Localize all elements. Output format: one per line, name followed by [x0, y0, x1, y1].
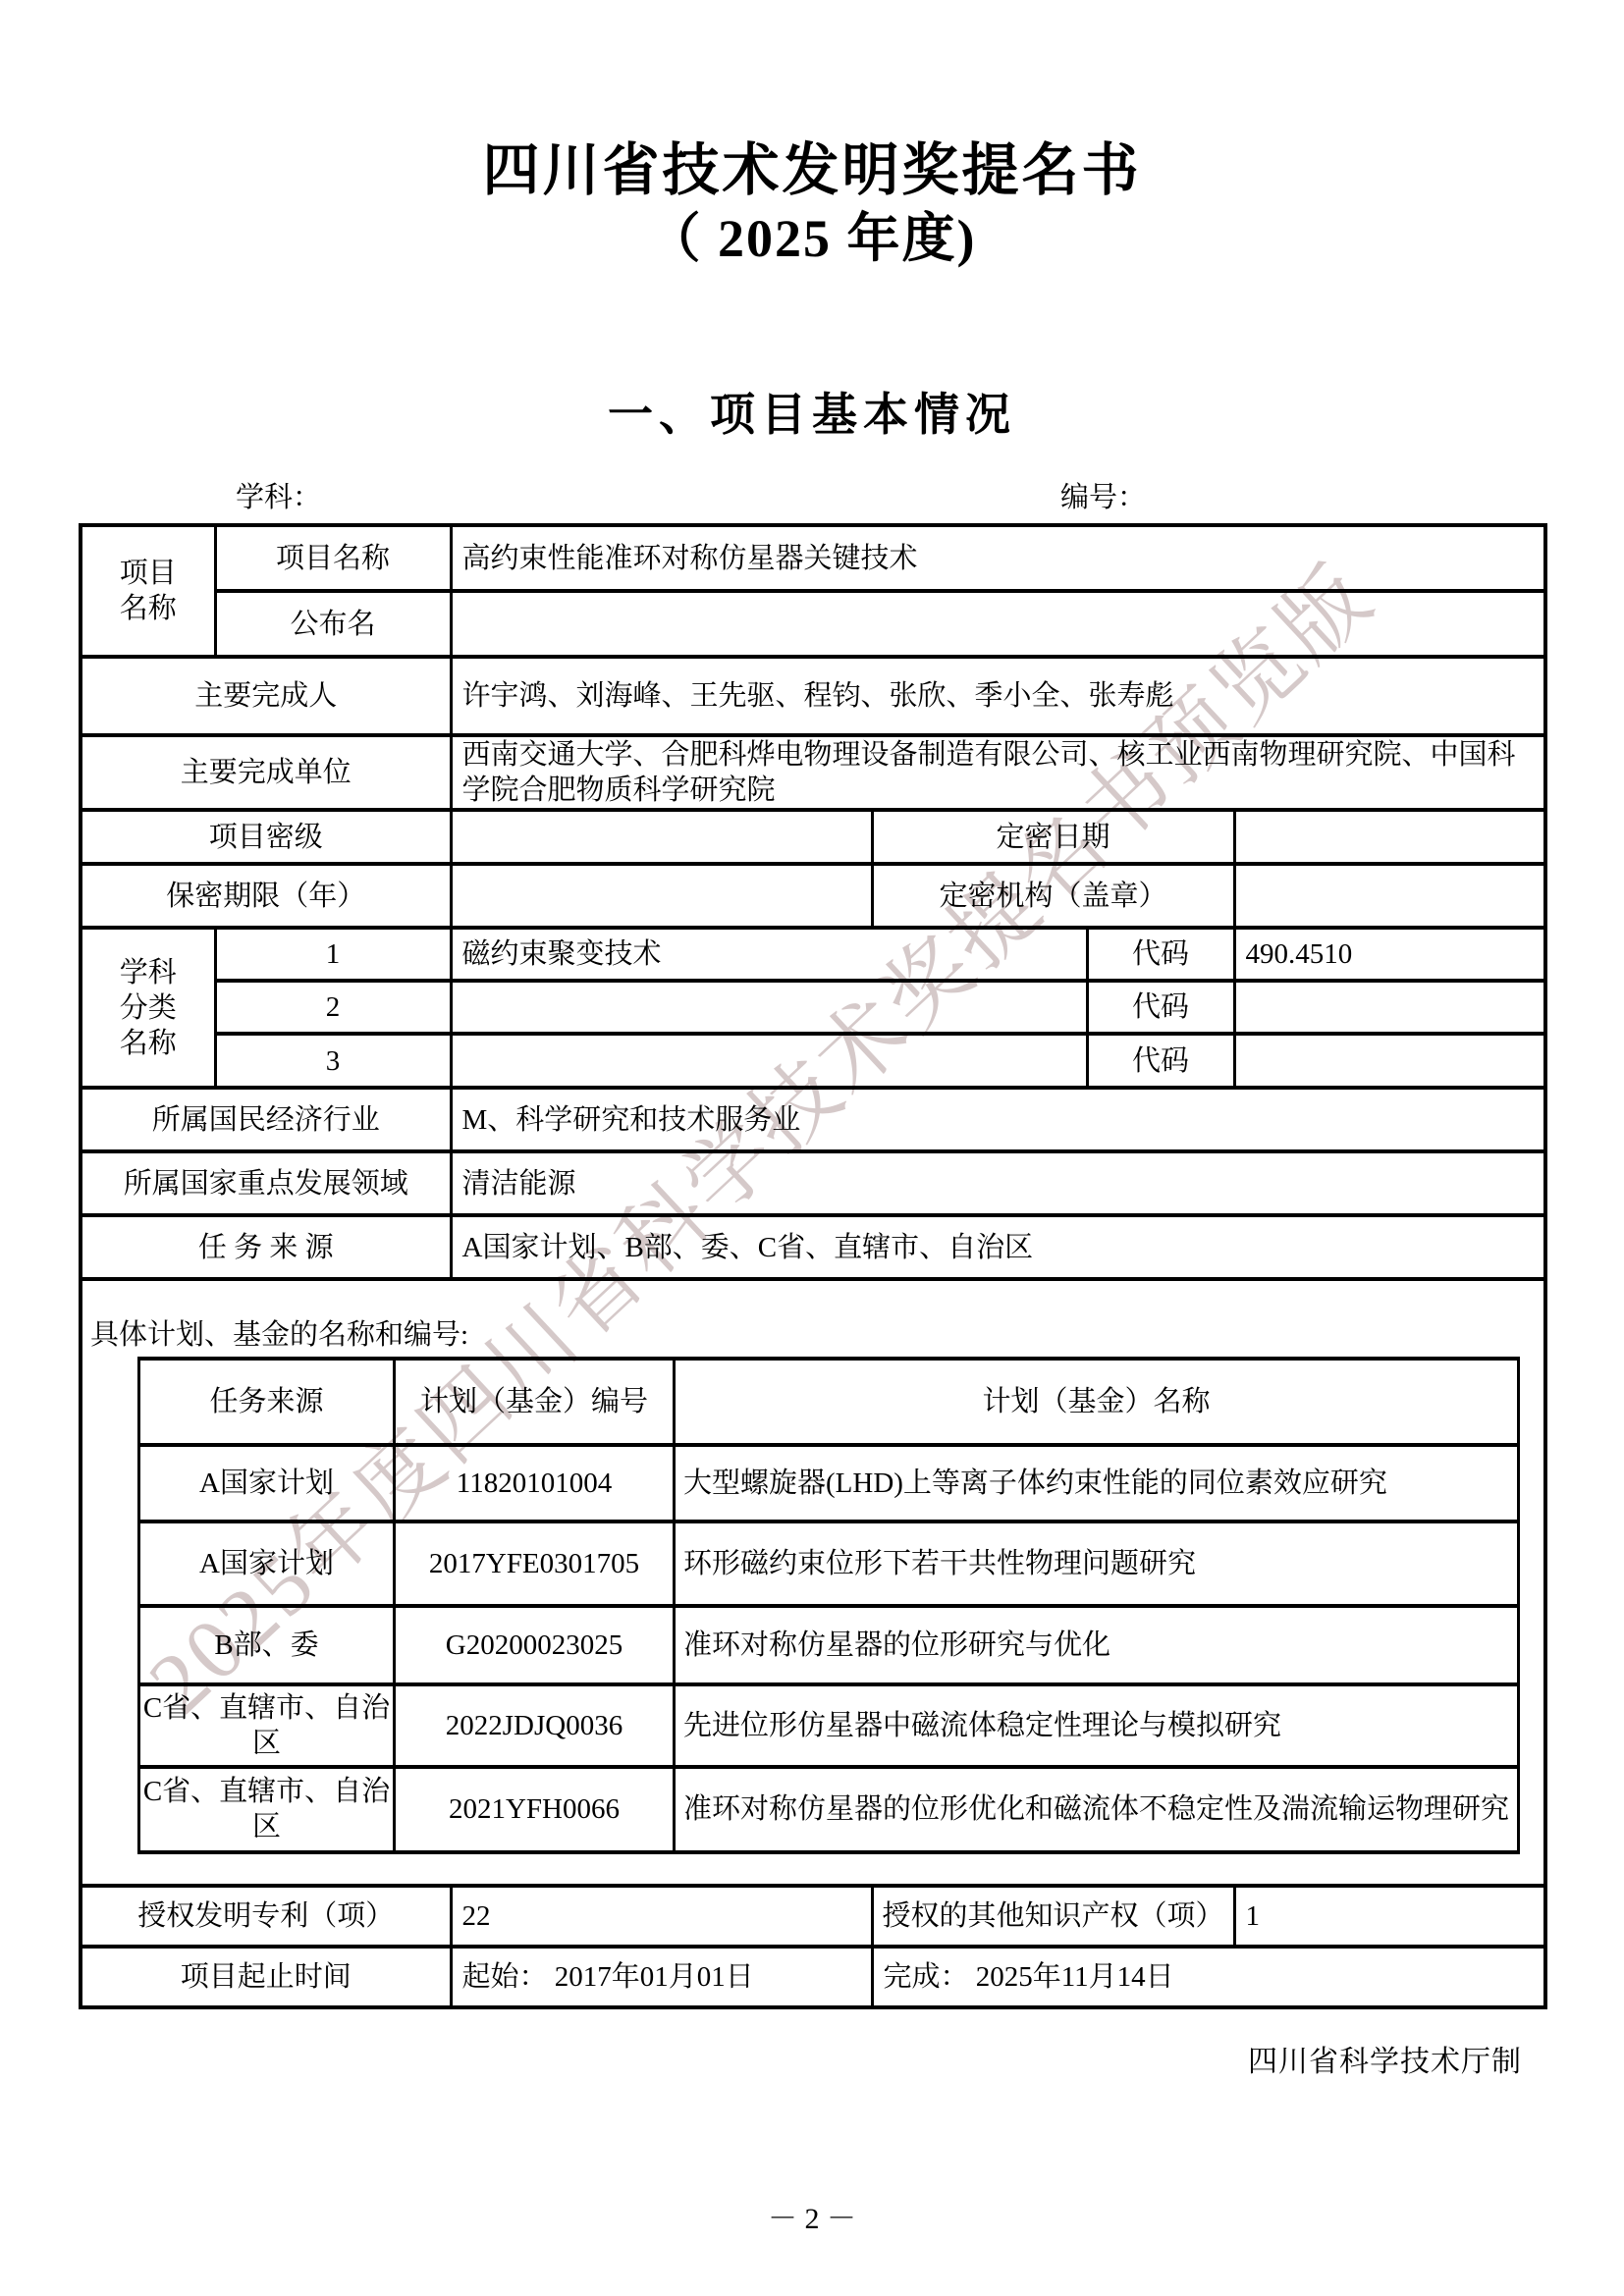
subject-class-group-line3: 名称: [82, 1026, 214, 1061]
subject-class-1-code-value: 490.4510: [1234, 928, 1545, 981]
subject-class-3-code-value: [1234, 1034, 1545, 1088]
plan-name: 准环对称仿星器的位形研究与优化: [675, 1606, 1519, 1684]
project-name-value: 高约束性能准环对称仿星器关键技术: [451, 525, 1545, 591]
duration-start-value: 起始： 2017年01月01日: [451, 1947, 872, 2007]
public-name-value: [451, 591, 1545, 657]
section-title: 一、项目基本情况: [0, 379, 1624, 444]
row-subject-class-1: 学科 分类 名称 1 磁约束聚变技术 代码 490.4510: [81, 928, 1545, 981]
plan-source: B部、委: [139, 1606, 395, 1684]
subject-class-1-no: 1: [215, 928, 451, 981]
industry-label: 所属国民经济行业: [81, 1088, 451, 1151]
subject-class-3-no: 3: [215, 1034, 451, 1088]
plan-source: A国家计划: [139, 1445, 395, 1522]
plan-number: G20200023025: [395, 1606, 675, 1684]
other-ip-value: 1: [1234, 1886, 1545, 1947]
plan-name: 环形磁约束位形下若干共性物理问题研究: [675, 1522, 1519, 1606]
subject-class-3-code-label: 代码: [1087, 1034, 1234, 1088]
plans-row-3: B部、委 G20200023025 准环对称仿星器的位形研究与优化: [139, 1606, 1519, 1684]
document-title-line2: （ 2025 年度): [0, 196, 1624, 272]
plan-source: C省、直辖市、自治区: [139, 1767, 395, 1852]
plans-row-4: C省、直辖市、自治区 2022JDJQ0036 先进位形仿星器中磁流体稳定性理论…: [139, 1684, 1519, 1767]
secrecy-org-label: 定密机构（盖章）: [872, 864, 1234, 928]
issuing-authority-note: 四川省科学技术厅制: [1248, 2037, 1522, 2080]
plans-header-name: 计划（基金）名称: [675, 1359, 1519, 1445]
key-field-label: 所属国家重点发展领域: [81, 1151, 451, 1215]
subject-class-3-name: [451, 1034, 1087, 1088]
subject-class-1-code-label: 代码: [1087, 928, 1234, 981]
subject-class-2-name: [451, 981, 1087, 1034]
row-subject-class-3: 3 代码: [81, 1034, 1545, 1088]
duration-label: 项目起止时间: [81, 1947, 451, 2007]
plan-number: 11820101004: [395, 1445, 675, 1522]
row-secrecy-period: 保密期限（年） 定密机构（盖章）: [81, 864, 1545, 928]
subject-class-group-line2: 分类: [82, 990, 214, 1026]
plans-header-row: 任务来源 计划（基金）编号 计划（基金）名称: [139, 1359, 1519, 1445]
task-source-label: 任 务 来 源: [81, 1215, 451, 1279]
secrecy-period-label: 保密期限（年）: [81, 864, 451, 928]
main-units-value: 西南交通大学、合肥科烨电物理设备制造有限公司、核工业西南物理研究院、中国科学院合…: [451, 735, 1545, 810]
secrecy-date-value: [1234, 810, 1545, 864]
row-subject-class-2: 2 代码: [81, 981, 1545, 1034]
project-name-group-line2: 名称: [82, 591, 214, 626]
row-patents: 授权发明专利（项） 22 授权的其他知识产权（项） 1: [81, 1886, 1545, 1947]
subject-class-1-name: 磁约束聚变技术: [451, 928, 1087, 981]
plan-name: 准环对称仿星器的位形优化和磁流体不稳定性及湍流输运物理研究: [675, 1767, 1519, 1852]
number-field-label: 编号：: [1060, 475, 1146, 515]
plan-number: 2022JDJQ0036: [395, 1684, 675, 1767]
main-units-label: 主要完成单位: [81, 735, 451, 810]
subject-class-2-no: 2: [215, 981, 451, 1034]
industry-value: M、科学研究和技术服务业: [451, 1088, 1545, 1151]
main-completers-value: 许宇鸿、刘海峰、王先驱、程钧、张欣、季小全、张寿彪: [451, 657, 1545, 735]
secrecy-level-label: 项目密级: [81, 810, 451, 864]
row-project-name: 项目 名称 项目名称 高约束性能准环对称仿星器关键技术: [81, 525, 1545, 591]
project-name-group-line1: 项目: [82, 556, 214, 591]
subject-class-group-line1: 学科: [82, 955, 214, 990]
subject-class-2-code-label: 代码: [1087, 981, 1234, 1034]
row-duration: 项目起止时间 起始： 2017年01月01日 完成： 2025年11月14日: [81, 1947, 1545, 2007]
document-title-line1: 四川省技术发明奖提名书: [0, 124, 1624, 206]
secrecy-level-value: [451, 810, 872, 864]
secrecy-date-label: 定密日期: [872, 810, 1234, 864]
secrecy-period-value: [451, 864, 872, 928]
row-secrecy-level: 项目密级 定密日期: [81, 810, 1545, 864]
plans-header-number: 计划（基金）编号: [395, 1359, 675, 1445]
project-name-label: 项目名称: [215, 525, 451, 591]
plan-source: C省、直辖市、自治区: [139, 1684, 395, 1767]
main-completers-label: 主要完成人: [81, 657, 451, 735]
row-main-units: 主要完成单位 西南交通大学、合肥科烨电物理设备制造有限公司、核工业西南物理研究院…: [81, 735, 1545, 810]
plan-name: 大型螺旋器(LHD)上等离子体约束性能的同位素效应研究: [675, 1445, 1519, 1522]
plan-source: A国家计划: [139, 1522, 395, 1606]
plans-row-5: C省、直辖市、自治区 2021YFH0066 准环对称仿星器的位形优化和磁流体不…: [139, 1767, 1519, 1852]
task-source-value: A国家计划、B部、委、C省、直辖市、自治区: [451, 1215, 1545, 1279]
public-name-label: 公布名: [215, 591, 451, 657]
plan-number: 2021YFH0066: [395, 1767, 675, 1852]
patents-value: 22: [451, 1886, 872, 1947]
plan-number: 2017YFE0301705: [395, 1522, 675, 1606]
row-task-source: 任 务 来 源 A国家计划、B部、委、C省、直辖市、自治区: [81, 1215, 1545, 1279]
plans-header-source: 任务来源: [139, 1359, 395, 1445]
row-key-field: 所属国家重点发展领域 清洁能源: [81, 1151, 1545, 1215]
patents-label: 授权发明专利（项）: [81, 1886, 451, 1947]
project-name-group-cell: 项目 名称: [81, 525, 215, 657]
subject-class-2-code-value: [1234, 981, 1545, 1034]
plans-row-2: A国家计划 2017YFE0301705 环形磁约束位形下若干共性物理问题研究: [139, 1522, 1519, 1606]
page-number: － 2 －: [0, 2194, 1624, 2237]
plan-name: 先进位形仿星器中磁流体稳定性理论与模拟研究: [675, 1684, 1519, 1767]
row-main-completers: 主要完成人 许宇鸿、刘海峰、王先驱、程钧、张欣、季小全、张寿彪: [81, 657, 1545, 735]
plans-row-1: A国家计划 11820101004 大型螺旋器(LHD)上等离子体约束性能的同位…: [139, 1445, 1519, 1522]
subject-class-group-cell: 学科 分类 名称: [81, 928, 215, 1088]
row-plans: 具体计划、基金的名称和编号: 任务来源 计划（基金）编号 计划（基金）名称 A国…: [81, 1279, 1545, 1886]
key-field-value: 清洁能源: [451, 1151, 1545, 1215]
document-page: 2025年度四川省科学技术奖提名书预览版 四川省技术发明奖提名书 （ 2025 …: [0, 0, 1624, 2296]
plans-table: 任务来源 计划（基金）编号 计划（基金）名称 A国家计划 11820101004…: [137, 1357, 1520, 1854]
other-ip-label: 授权的其他知识产权（项）: [872, 1886, 1234, 1947]
secrecy-org-value: [1234, 864, 1545, 928]
subject-field-label: 学科：: [236, 475, 321, 515]
plans-heading: 具体计划、基金的名称和编号:: [90, 1317, 1543, 1353]
row-public-name: 公布名: [81, 591, 1545, 657]
project-basic-info-table: 项目 名称 项目名称 高约束性能准环对称仿星器关键技术 公布名 主要完成人 许宇…: [79, 523, 1547, 2009]
duration-end-value: 完成： 2025年11月14日: [872, 1947, 1545, 2007]
plans-cell: 具体计划、基金的名称和编号: 任务来源 计划（基金）编号 计划（基金）名称 A国…: [81, 1279, 1545, 1886]
row-industry: 所属国民经济行业 M、科学研究和技术服务业: [81, 1088, 1545, 1151]
